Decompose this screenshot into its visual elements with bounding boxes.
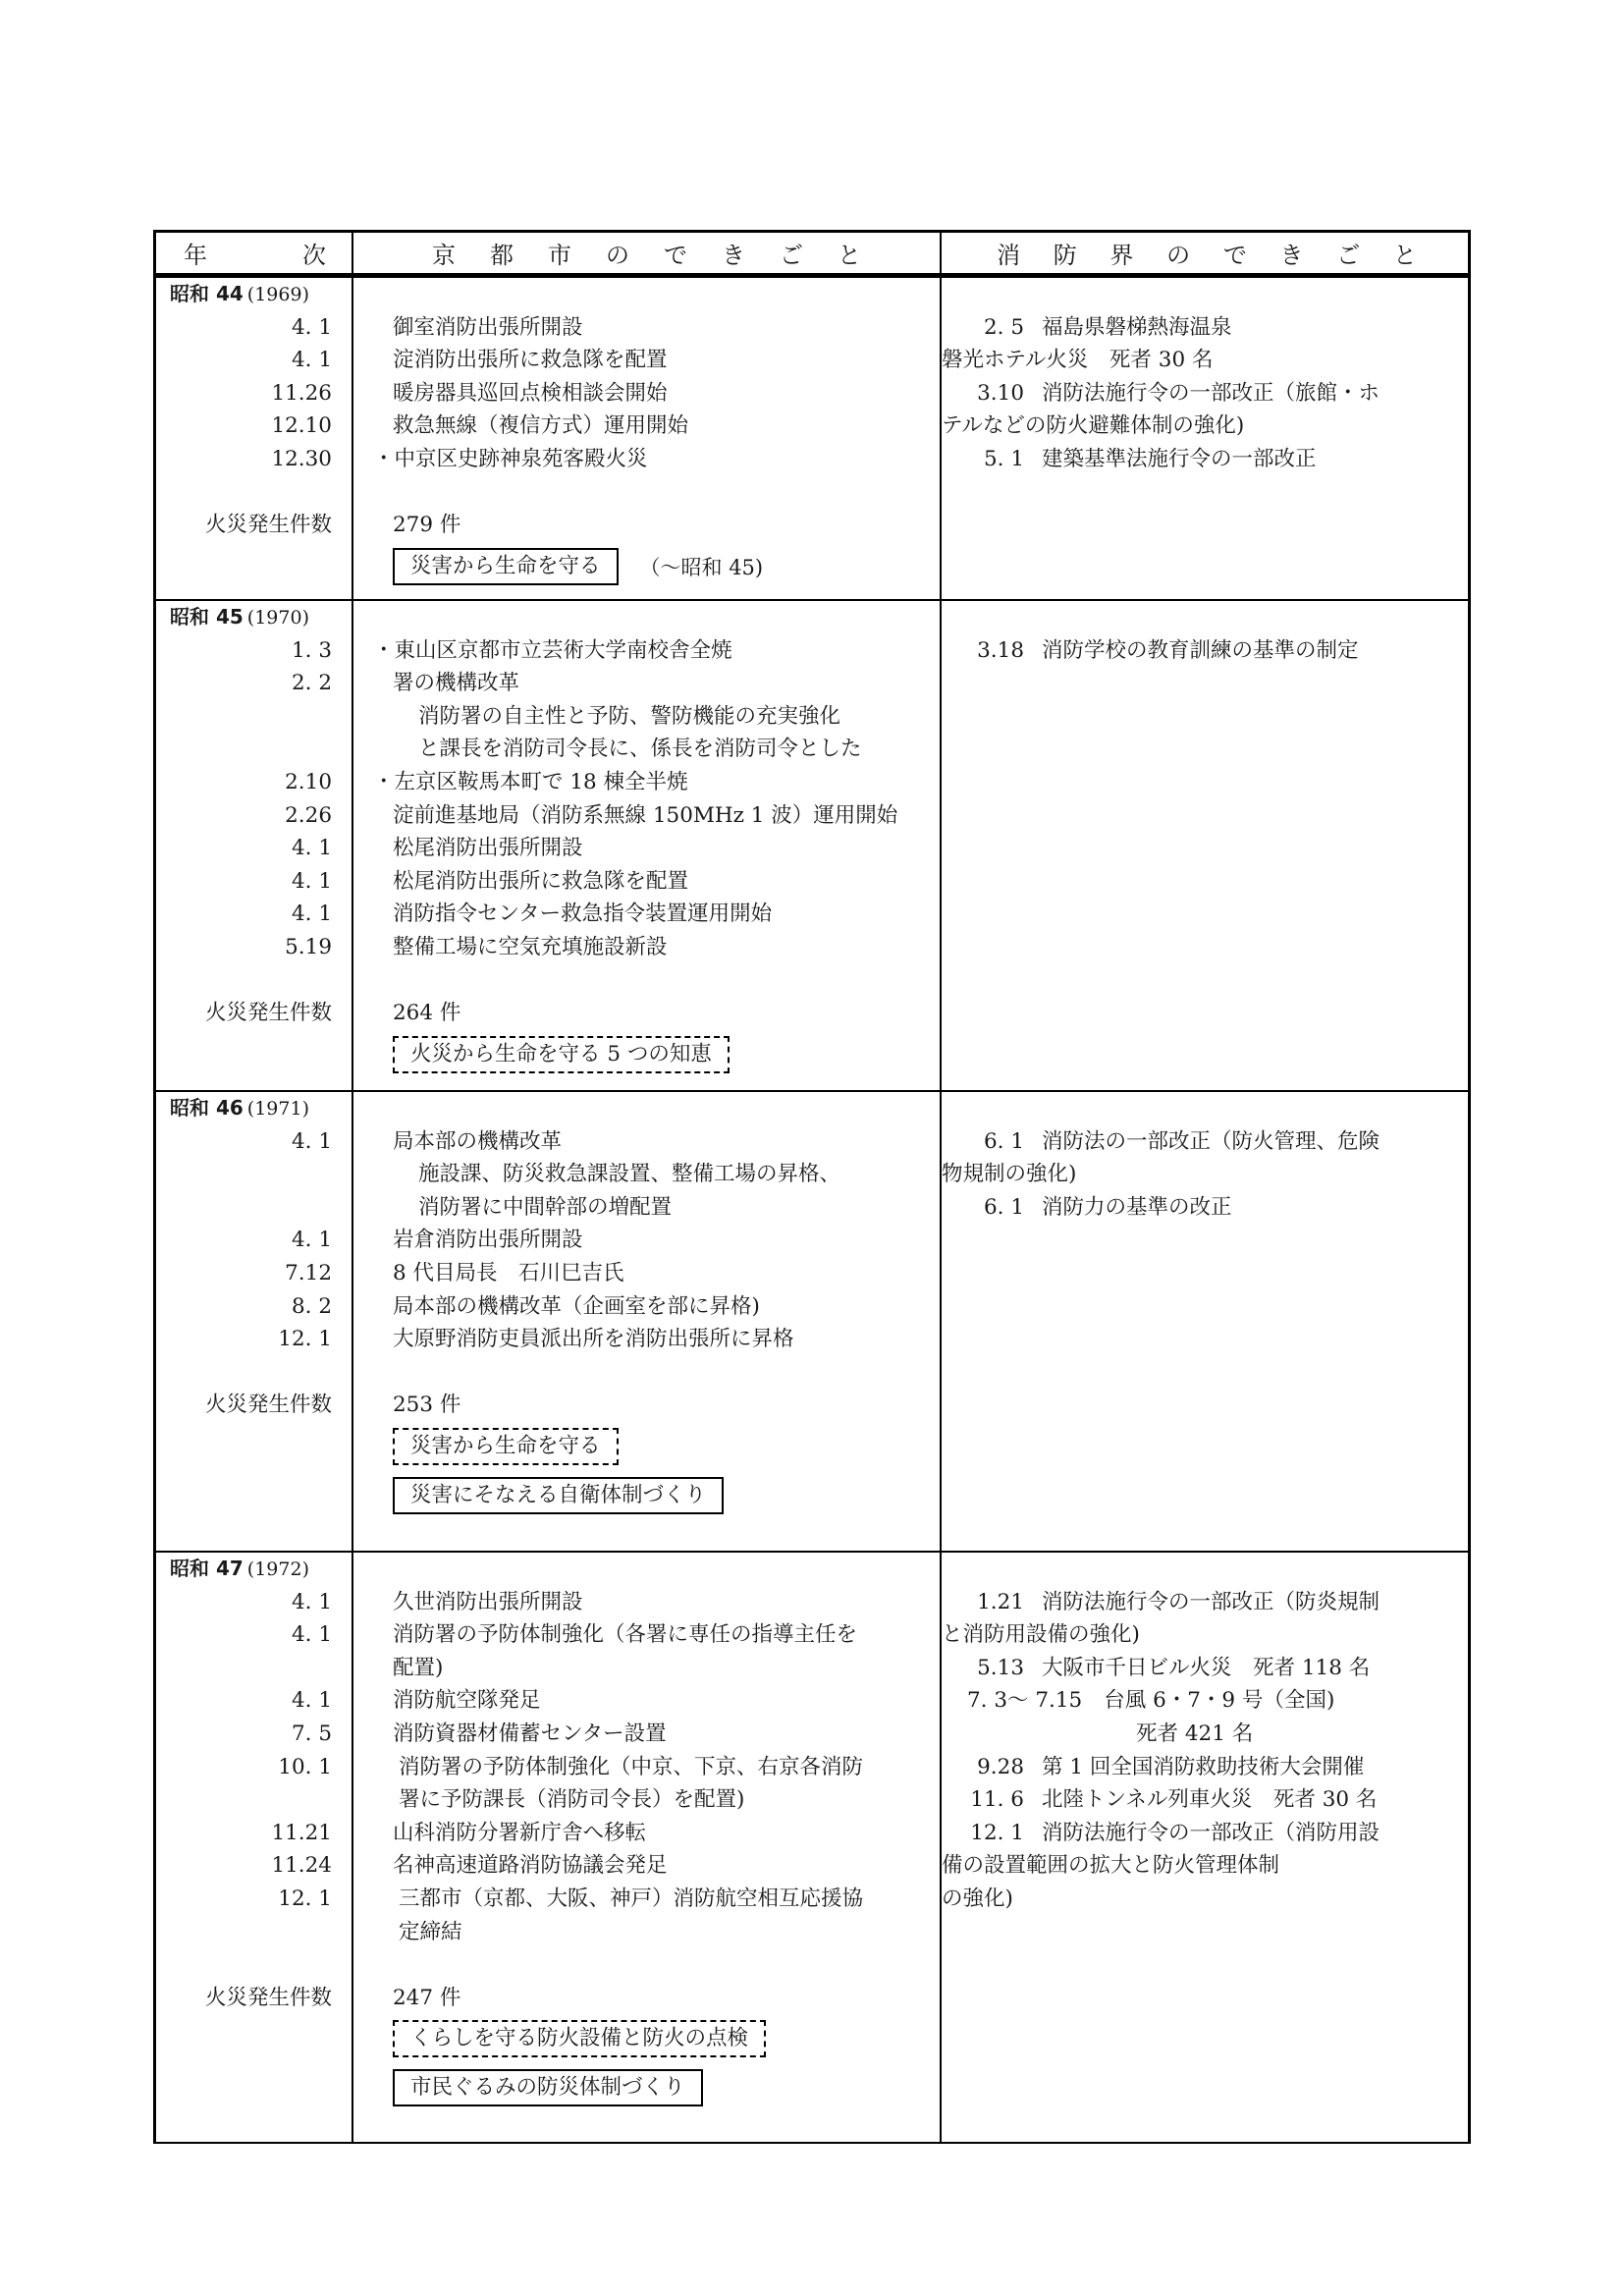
year-column: 昭和 47(1972) 4. 1 4. 1 4. 1 7. 5 10. 1 11…	[156, 1553, 353, 2142]
header-year: 年 次	[156, 233, 353, 273]
fire-event: 5.13大阪市千日ビル火災 死者 118 名	[942, 1652, 1468, 1685]
header-char: き	[722, 236, 745, 270]
fire-count: 264 件	[353, 997, 940, 1030]
city-events-column: 御室消防出張所開設 淀消防出張所に救急隊を配置 暖房器具巡回点検相談会開始 救急…	[353, 278, 942, 599]
event-date: 11.26	[156, 377, 352, 410]
header-char: ご	[780, 236, 803, 270]
fire-event-cont: 物規制の強化)	[942, 1158, 1468, 1191]
header-char: 都	[490, 236, 514, 270]
city-event: 御室消防出張所開設	[353, 311, 940, 345]
header-char: の	[1166, 236, 1190, 270]
slogan-note: （～昭和 45)	[640, 552, 764, 581]
event-date: 12.10	[156, 410, 352, 443]
header-char: ご	[1336, 236, 1360, 270]
year-column: 昭和 44(1969) 4. 1 4. 1 11.26 12.10 12.30 …	[156, 278, 353, 599]
fire-count-label: 火災発生件数	[156, 997, 352, 1030]
year-section-1971: 昭和 46(1971) 4. 1 4. 1 7.12 8. 2 12. 1 火災…	[156, 1090, 1468, 1551]
event-date: 4. 1	[156, 898, 352, 931]
event-date: 5.19	[156, 931, 352, 964]
header-char: き	[1280, 236, 1304, 270]
slogan-row: 市民ぐるみの防災体制づくり	[353, 2063, 940, 2112]
event-date: 10. 1	[156, 1751, 352, 1784]
city-event: 淀消防出張所に救急隊を配置	[353, 344, 940, 377]
fire-events-column: 6. 1消防法の一部改正（防火管理、危険 物規制の強化) 6. 1消防力の基準の…	[942, 1092, 1468, 1551]
slogan-box: 火災から生命を守る 5 つの知恵	[393, 1036, 730, 1073]
fire-event-cont: 磐光ホテル火災 死者 30 名	[942, 344, 1468, 377]
year-section-1970: 昭和 45(1970) 1. 3 2. 2 2.10 2.26 4. 1 4. …	[156, 599, 1468, 1090]
year-section-1969: 昭和 44(1969) 4. 1 4. 1 11.26 12.10 12.30 …	[156, 276, 1468, 599]
city-events-column: 久世消防出張所開設 消防署の予防体制強化（各署に専任の指導主任を 配置) 消防航…	[353, 1553, 942, 2142]
header-char: と	[838, 236, 861, 270]
year-label: 昭和 47(1972)	[156, 1553, 352, 1586]
city-events-column: 局本部の機構改革 施設課、防災救急課設置、整備工場の昇格、 消防署に中間幹部の増…	[353, 1092, 942, 1551]
year-label: 昭和 45(1970)	[156, 601, 352, 634]
fire-event-cont: と消防用設備の強化)	[942, 1618, 1468, 1652]
header-char: 市	[548, 236, 571, 270]
event-date: 11.24	[156, 1849, 352, 1883]
city-event-detail: 消防署に中間幹部の増配置	[353, 1191, 940, 1225]
city-event: 松尾消防出張所開設	[353, 832, 940, 865]
fire-event: 12. 1消防法施行令の一部改正（消防用設	[942, 1817, 1468, 1850]
fire-event: 1.21消防法施行令の一部改正（防炎規制	[942, 1586, 1468, 1619]
city-event: 三都市（京都、大阪、神戸）消防航空相互応援協	[353, 1883, 940, 1916]
event-date: 7. 5	[156, 1718, 352, 1751]
header-year-char: 年	[184, 236, 207, 270]
year-section-1972: 昭和 47(1972) 4. 1 4. 1 4. 1 7. 5 10. 1 11…	[156, 1551, 1468, 2142]
header-char: の	[606, 236, 629, 270]
fire-event: 3.10消防法施行令の一部改正（旅館・ホ	[942, 377, 1468, 410]
fire-events-column: 3.18消防学校の教育訓練の基準の制定	[942, 601, 1468, 1090]
city-event: 消防署の予防体制強化（中京、下京、右京各消防	[353, 1751, 940, 1784]
fire-event-cont: の強化)	[942, 1883, 1468, 1916]
header-char: で	[664, 236, 687, 270]
fire-count: 253 件	[353, 1389, 940, 1422]
city-event-cont: 定締結	[353, 1916, 940, 1949]
city-events-column: ・東山区京都市立芸術大学南校舎全焼 署の機構改革 消防署の自主性と予防、警防機能…	[353, 601, 942, 1090]
header-char: 消	[997, 236, 1020, 270]
city-event: ・中京区史跡神泉苑客殿火災	[353, 443, 940, 476]
event-date: 12.30	[156, 443, 352, 476]
chronology-table: 年 次 京 都 市 の で き ご と 消 防 界 の で き	[153, 230, 1471, 2144]
fire-event-cont: テルなどの防火避難体制の強化)	[942, 410, 1468, 443]
slogan-row: 災害から生命を守る	[353, 1422, 940, 1471]
event-date: 12. 1	[156, 1883, 352, 1916]
header-city-events: 京 都 市 の で き ご と	[353, 233, 942, 273]
year-label: 昭和 44(1969)	[156, 278, 352, 311]
city-event-detail: と課長を消防司令長に、係長を消防司令とした	[353, 733, 940, 766]
city-event-cont: 署に予防課長（消防司令長）を配置)	[353, 1783, 940, 1817]
slogan-box: くらしを守る防火設備と防火の点検	[393, 2020, 766, 2057]
event-date: 4. 1	[156, 865, 352, 899]
city-event: ・東山区京都市立芸術大学南校舎全焼	[353, 634, 940, 668]
city-event: 松尾消防出張所に救急隊を配置	[353, 865, 940, 899]
city-event: ・左京区鞍馬本町で 18 棟全半焼	[353, 766, 940, 799]
slogan-row: 災害から生命を守る （～昭和 45)	[353, 542, 940, 591]
city-event: 岩倉消防出張所開設	[353, 1224, 940, 1257]
year-label: 昭和 46(1971)	[156, 1092, 352, 1125]
table-header: 年 次 京 都 市 の で き ご と 消 防 界 の で き	[156, 233, 1468, 276]
city-event: 整備工場に空気充填施設新設	[353, 931, 940, 964]
city-event: 局本部の機構改革	[353, 1125, 940, 1159]
event-date: 4. 1	[156, 311, 352, 345]
event-date: 4. 1	[156, 1586, 352, 1619]
year-column: 昭和 45(1970) 1. 3 2. 2 2.10 2.26 4. 1 4. …	[156, 601, 353, 1090]
event-date: 4. 1	[156, 344, 352, 377]
fire-events-column: 1.21消防法施行令の一部改正（防炎規制 と消防用設備の強化) 5.13大阪市千…	[942, 1553, 1468, 2142]
fire-count: 279 件	[353, 509, 940, 542]
slogan-row: 火災から生命を守る 5 つの知恵	[353, 1030, 940, 1079]
event-date: 2.26	[156, 799, 352, 833]
slogan-box: 災害から生命を守る	[393, 548, 619, 585]
city-event: 消防署の予防体制強化（各署に専任の指導主任を	[353, 1618, 940, 1652]
event-date: 1. 3	[156, 634, 352, 668]
event-date: 4. 1	[156, 1684, 352, 1718]
year-column: 昭和 46(1971) 4. 1 4. 1 7.12 8. 2 12. 1 火災…	[156, 1092, 353, 1551]
event-date: 4. 1	[156, 1618, 352, 1652]
event-date: 12. 1	[156, 1323, 352, 1356]
fire-count: 247 件	[353, 1982, 940, 2015]
header-year-char: 次	[302, 236, 326, 270]
city-event: 大原野消防吏員派出所を消防出張所に昇格	[353, 1323, 940, 1356]
header-char: 京	[432, 236, 456, 270]
event-date: 8. 2	[156, 1290, 352, 1324]
city-event: 淀前進基地局（消防系無線 150MHz 1 波）運用開始	[353, 799, 940, 833]
header-char: と	[1393, 236, 1417, 270]
event-date: 4. 1	[156, 1224, 352, 1257]
fire-event: 5. 1建築基準法施行令の一部改正	[942, 443, 1468, 476]
city-event-detail: 消防署の自主性と予防、警防機能の充実強化	[353, 700, 940, 734]
event-date: 2.10	[156, 766, 352, 799]
city-event: 消防指令センター救急指令装置運用開始	[353, 898, 940, 931]
slogan-row: くらしを守る防火設備と防火の点検	[353, 2014, 940, 2063]
city-event-cont: 配置)	[353, 1652, 940, 1685]
slogan-box: 市民ぐるみの防災体制づくり	[393, 2069, 703, 2106]
city-event: 署の機構改革	[353, 667, 940, 700]
header-char: 防	[1054, 236, 1077, 270]
fire-event: 3.18消防学校の教育訓練の基準の制定	[942, 634, 1468, 668]
fire-count-label: 火災発生件数	[156, 509, 352, 542]
city-event: 8 代目局長 石川巳吉氏	[353, 1257, 940, 1290]
city-event: 消防航空隊発足	[353, 1684, 940, 1718]
fire-count-label: 火災発生件数	[156, 1982, 352, 2015]
fire-event: 9.28第 1 回全国消防救助技術大会開催	[942, 1751, 1468, 1784]
header-char: 界	[1109, 236, 1133, 270]
fire-event: 7. 3～ 7.15台風 6・7・9 号（全国)	[942, 1684, 1468, 1718]
fire-count-label: 火災発生件数	[156, 1389, 352, 1422]
header-fire-events: 消 防 界 の で き ご と	[942, 233, 1468, 273]
event-date: 4. 1	[156, 832, 352, 865]
event-date: 7.12	[156, 1257, 352, 1290]
city-event-detail: 施設課、防災救急課設置、整備工場の昇格、	[353, 1158, 940, 1191]
header-char: で	[1223, 236, 1247, 270]
fire-events-column: 2. 5福島県磐梯熱海温泉 磐光ホテル火災 死者 30 名 3.10消防法施行令…	[942, 278, 1468, 599]
city-event: 山科消防分署新庁舎へ移転	[353, 1817, 940, 1850]
fire-event-cont: 死者 421 名	[942, 1718, 1468, 1751]
city-event: 名神高速道路消防協議会発足	[353, 1849, 940, 1883]
fire-event: 11. 6北陸トンネル列車火災 死者 30 名	[942, 1783, 1468, 1817]
event-date: 11.21	[156, 1817, 352, 1850]
fire-event: 6. 1消防力の基準の改正	[942, 1191, 1468, 1225]
slogan-row: 災害にそなえる自衛体制づくり	[353, 1471, 940, 1520]
city-event: 久世消防出張所開設	[353, 1586, 940, 1619]
event-date: 4. 1	[156, 1125, 352, 1159]
fire-event: 6. 1消防法の一部改正（防火管理、危険	[942, 1125, 1468, 1159]
city-event: 救急無線（複信方式）運用開始	[353, 410, 940, 443]
city-event: 消防資器材備蓄センター設置	[353, 1718, 940, 1751]
slogan-box: 災害から生命を守る	[393, 1428, 619, 1465]
slogan-box: 災害にそなえる自衛体制づくり	[393, 1477, 724, 1514]
event-date: 2. 2	[156, 667, 352, 700]
city-event: 局本部の機構改革（企画室を部に昇格)	[353, 1290, 940, 1324]
city-event: 暖房器具巡回点検相談会開始	[353, 377, 940, 410]
fire-event-cont: 備の設置範囲の拡大と防火管理体制	[942, 1849, 1468, 1883]
fire-event: 2. 5福島県磐梯熱海温泉	[942, 311, 1468, 345]
